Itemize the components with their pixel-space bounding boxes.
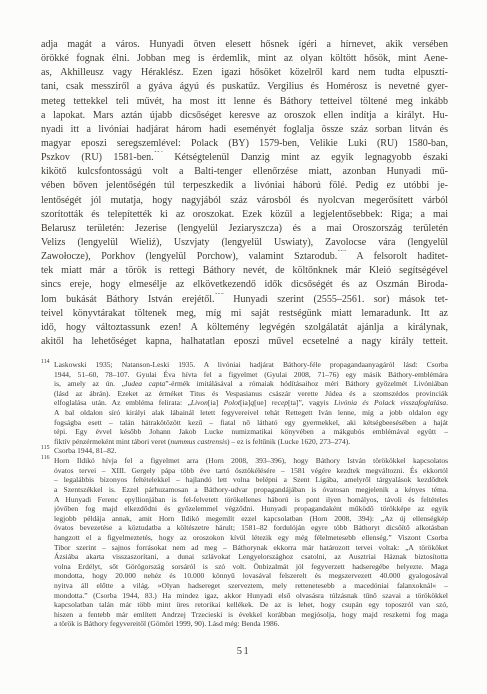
body-text-line: sincs ereje, hogy elmesélje az elkövetke…	[41, 278, 448, 292]
footnote-marker-114: 114	[41, 359, 50, 365]
footnote-line: hangzott el a figyelmeztetés, hogy az or…	[54, 533, 448, 543]
footnote-line: volna Erdélyt, sőt Görögország sorsáról …	[54, 562, 448, 572]
footnote-line: fiktív pénzérmeként mint tábori veret (n…	[54, 437, 448, 447]
footnote-line: óvatos bevezetése a köztudatba a költész…	[54, 523, 448, 533]
body-text-line: örökké fognak élni. Jobban meg is érdeml…	[41, 52, 448, 66]
body-text-line: a lapokat. Mars aztán újabb dicsőséget k…	[41, 109, 448, 123]
footnote-line: kapcsolatban talán már több mint üres re…	[54, 600, 448, 610]
page-number: 51	[0, 646, 487, 657]
main-text-block: adja magát a város. Hunyadi ötven eleset…	[41, 38, 448, 349]
body-text-line: adja magát a város. Hunyadi ötven eleset…	[41, 38, 448, 52]
body-text-line: Pszkov (RU) 1581-ben.114 Kétségtelenül D…	[41, 151, 448, 165]
body-text-line: idő, hogy változtassunk ezen! A költemén…	[41, 321, 448, 335]
footnote-line: óvatos tervei – XIII. Gergely pápa több …	[54, 466, 448, 476]
body-text-line: tek miatt már a török is rettegi Báthory…	[41, 264, 448, 278]
footnote-line: Laskowski 1935; Natanson-Leski 1935. A l…	[54, 360, 448, 370]
body-text-line: teivel könyvtárakat töltenek meg, míg mi…	[41, 307, 448, 321]
footnote-line: (lásd az ábrán). Ezeket az érméket Titus…	[54, 389, 448, 399]
footnote-line: legjobb példája annak, amit Horn Ildikó …	[54, 514, 448, 524]
body-text-line: Belarusz területén: Jezerise (lengyelül …	[41, 222, 448, 236]
book-page: adja magát a város. Hunyadi ötven eleset…	[0, 0, 487, 694]
footnote-line: tépi. Egy évvel később Johann Jakob Luck…	[54, 427, 448, 437]
body-text-line: vében bőven jelentőségén túl terpeszkedi…	[41, 179, 448, 193]
footnote-line: A Hunyadi Ferenc epyllionjában is fel-fe…	[54, 495, 448, 505]
footnote-116: 116 Horn Ildikó hívja fel a figyelmet ar…	[41, 456, 448, 629]
footnote-line: is, amely az ún. „Iudea capta”-érmék imi…	[54, 379, 448, 389]
footnote-line: Ázsiába akarta visszaszorítani, a dunai …	[54, 552, 448, 562]
body-text-line: as, Akhilleusz vagy Héraklész. Ezen igaz…	[41, 66, 448, 80]
body-text-line: szorították és telepítették ki az oroszo…	[41, 208, 448, 222]
footnote-line: mondotta.” (Csorba 1944, 83.) Ha mindez …	[54, 591, 448, 601]
footnotes-block: 114 Laskowski 1935; Natanson-Leski 1935.…	[41, 360, 448, 629]
footnote-line: Horn Ildikó hívja fel a figyelmet arra (…	[54, 456, 448, 466]
footnote-line: mondotta, hogy 20.000 nehéz és 10.000 kö…	[54, 571, 448, 581]
footnote-marker-115: 115	[41, 445, 50, 451]
body-text-line: akitől ha lehetőséget kapna, halhatatlan…	[41, 335, 448, 349]
body-text-line: nyadi itt a livóniai hadjárat három hadi…	[41, 123, 448, 137]
footnote-line: Tibor szerint – sajnos forrásokat nem ad…	[54, 543, 448, 553]
body-text-line: lentőségét jól mutatja, hogy nagyjából s…	[41, 194, 448, 208]
footnote-line: Csorba 1944, 81–82.	[54, 446, 448, 456]
footnote-line: nyitva áll előtte a világ. »Olyan hadser…	[54, 581, 448, 591]
body-text-line: meteg tettekkel teli művét, ha most itt …	[41, 95, 448, 109]
footnote-line: – legalábbis bizonyos feltételekkel – ha…	[54, 475, 448, 485]
body-text-line: Zawołocze), Porkhov (lengyelül Porchow),…	[41, 250, 448, 264]
footnote-line: a török is Báthory fegyvereitől (Gömöri …	[54, 619, 448, 629]
footnote-marker-116: 116	[41, 455, 50, 461]
footnote-line: elfoglalása után. Az embléma felirata: „…	[54, 398, 448, 408]
body-text-line: Velizs (lengyelül Wieliż), Uszvjaty (len…	[41, 236, 448, 250]
body-text-line: lom bukását Báthory István erejétől.116 …	[41, 293, 448, 307]
footnote-line: 1944, 51–60, 78–107. Gyulai Éva hívta fe…	[54, 370, 448, 380]
body-text-line: tani, csak messziről a gyáva ágyú és pus…	[41, 80, 448, 94]
body-text-line: magyar eposzi seregszemlével: Polack (BY…	[41, 137, 448, 151]
footnote-line: A bal oldalon síró királyi alak lábainál…	[54, 408, 448, 418]
footnote-line: fogságba esett – talán hátrakötözött kez…	[54, 418, 448, 428]
footnote-line: hiszen a fentebb már említett Andrzej Tr…	[54, 610, 448, 620]
body-text-line: kikötő kulcsfontosságú volt a Balti-teng…	[41, 165, 448, 179]
footnote-line: a Szentszékkel is. Ezzel párhuzamosan a …	[54, 485, 448, 495]
footnote-114: 114 Laskowski 1935; Natanson-Leski 1935.…	[41, 360, 448, 446]
footnote-115: 115 Csorba 1944, 81–82.	[41, 446, 448, 456]
footnote-line: jövőben fog majd elkezdődni és győzelemm…	[54, 504, 448, 514]
